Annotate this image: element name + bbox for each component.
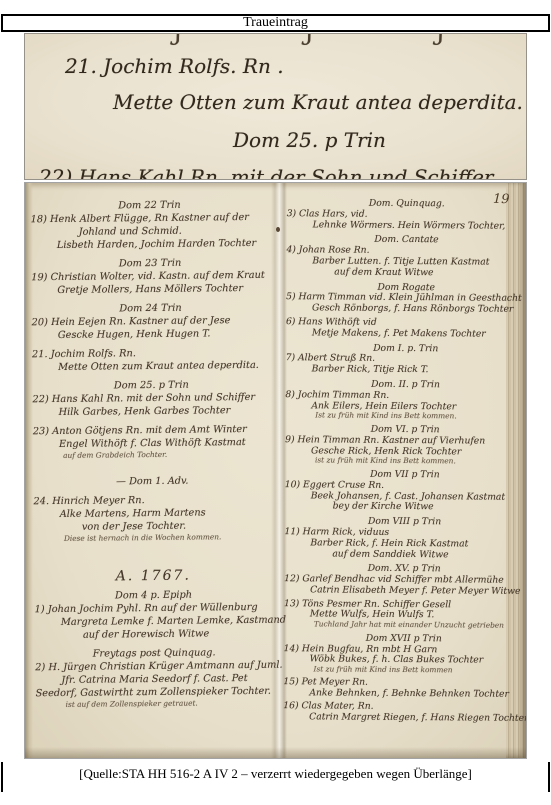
handwritten-line: Anke Behnken, f. Behnke Behnken Tochter xyxy=(309,688,523,700)
handwritten-line: Hilk Garbes, Henk Garbes Tochter xyxy=(59,404,271,419)
handwritten-line: Mette Otten zum Kraut antea deperdita. xyxy=(58,359,270,374)
handwritten-line: Gescke Hugen, Henk Hugen T. xyxy=(58,327,270,342)
handwritten-line: Gretje Mollers, Hans Möllers Tochter xyxy=(57,282,269,297)
handwritten-line: 21. Jochim Rolfs. Rn . xyxy=(65,54,284,78)
title-box: Traueintrag xyxy=(1,14,550,32)
handwritten-line: Lisbeth Harden, Jochim Harden Tochter xyxy=(57,237,269,252)
page-number: 19 xyxy=(493,192,510,208)
handwritten-line: Lehnke Wörmers. Hein Wörmers Tochter, xyxy=(313,220,527,232)
handwritten-line: Seedorf, Gastwirtht zum Zollenspieker To… xyxy=(35,685,273,700)
border-tick-left xyxy=(1,762,3,792)
handwritten-line: Tuchland Jahr hat mit einander Unzucht g… xyxy=(314,621,524,631)
handwritten-line: Catrin Elisabeth Meyer f. Peter Meyer Wi… xyxy=(310,585,524,597)
handwritten-line: Ist zu früh mit Kind ins Bett kommen. xyxy=(315,412,525,422)
handwritten-line: ist auf dem Zollenspieker getrauet. xyxy=(66,698,274,709)
handwritten-line: 22) Hans Kahl Rn. mit der Sohn und Schif… xyxy=(32,391,270,406)
handwritten-line: Catrin Margret Riegen, f. Hans Riegen To… xyxy=(309,713,523,725)
handwritten-line: Metje Makens, f. Pet Makens Tochter xyxy=(312,328,526,340)
left-book-page: Dom 22 Trin18) Henk Albert Flügge, Rn Ka… xyxy=(30,192,273,709)
handwritten-line: Gesch Rönborgs, f. Hans Rönborgs Tochter xyxy=(312,304,526,316)
handwritten-line: auf dem Grabdeich Tochter. xyxy=(63,449,271,460)
right-book-page: Dom. Quinquag.3) Clas Hars, vid.Lehnke W… xyxy=(283,194,527,725)
register-scan-image: Dom 22 Trin18) Henk Albert Flügge, Rn Ka… xyxy=(24,182,527,759)
handwritten-line: Barber Rick, Titje Rick T. xyxy=(312,365,526,377)
handwritten-line: Margreta Lemke f. Marten Lemke, Kastmand xyxy=(61,614,273,629)
handwritten-line: Ist zu früh mit Kind ins Bett kommen xyxy=(313,666,523,676)
excerpt-scan-image: ʃ ʃ ʃ ʃ21. Jochim Rolfs. Rn .Mette Otten… xyxy=(24,33,527,180)
handwritten-line: bey der Kirche Witwe xyxy=(333,502,525,514)
handwritten-line: 18) Henk Albert Flügge, Rn Kastner auf d… xyxy=(31,211,269,226)
source-caption: [Quelle:STA HH 516-2 A IV 2 – verzerrt w… xyxy=(0,766,551,782)
handwritten-line: — Dom 1. Adv. xyxy=(33,474,271,489)
handwritten-line: auf dem Kraut Witwe xyxy=(334,267,526,279)
handwritten-line: auf der Horewisch Witwe xyxy=(83,627,273,642)
border-tick-right xyxy=(548,762,550,792)
handwritten-line: Mette Otten zum Kraut antea deperdita. xyxy=(113,90,523,114)
handwritten-line: A. 1767. xyxy=(34,569,272,584)
handwritten-line: Diese ist hernach in die Wochen kommen. xyxy=(64,532,272,543)
handwritten-line: auf dem Sanddiek Witwe xyxy=(332,549,524,561)
book-bottom-shadow xyxy=(25,747,526,758)
handwritten-line: ist zu früh mit Kind ins Bett kommen. xyxy=(315,457,525,467)
handwritten-line: 22) Hans Kahl Rn, mit der Sohn und Schif… xyxy=(39,165,493,180)
handwritten-line: Engel Withöft f. Clas Withöft Kastmat xyxy=(59,436,271,451)
page-title: Traueintrag xyxy=(243,15,308,30)
handwritten-line: Dom 25. p Trin xyxy=(233,128,386,152)
handwritten-line: ʃ ʃ ʃ ʃ xyxy=(175,33,527,46)
